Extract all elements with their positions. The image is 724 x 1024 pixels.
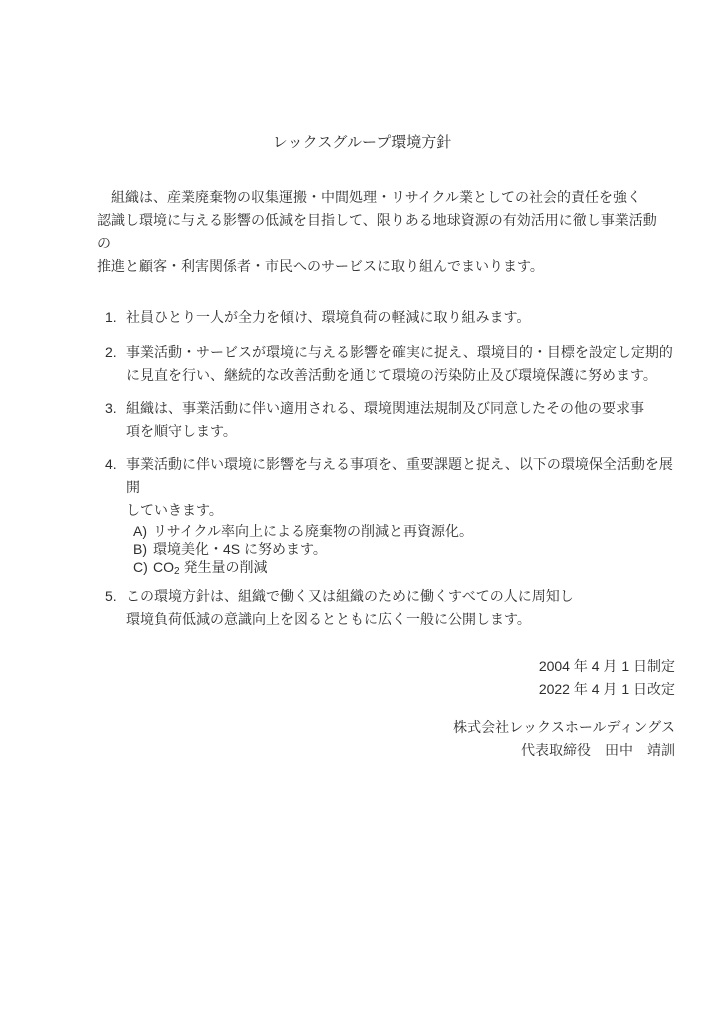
item-body: 社員ひとり一人が全力を傾け、環境負荷の軽減に取り組みます。 (126, 306, 674, 329)
item-number: 4. (105, 453, 126, 576)
policy-item-5: 5. この環境方針は、組織で働く又は組織のために働くすべての人に周知し 環境負荷… (105, 585, 674, 631)
co2-subscript: 2 (174, 566, 180, 577)
company-name: 株式会社レックスホールディングス (0, 716, 675, 739)
item-number: 5. (105, 585, 126, 631)
intro-line: 組織は、産業廃棄物の収集運搬・中間処理・リサイクル業としての社会的責任を強く (97, 186, 666, 209)
sub-item-text: CO2 発生量の削減 (153, 558, 267, 576)
intro-paragraph: 組織は、産業廃棄物の収集運搬・中間処理・リサイクル業としての社会的責任を強く 認… (97, 186, 666, 278)
enactment-date: 2004 年 4 月 1 日制定 (0, 655, 675, 678)
sub-item-letter: B) (133, 540, 153, 558)
sub-item-b: B) 環境美化・4S に努めます。 (133, 540, 674, 558)
sub-item-letter: A) (133, 522, 153, 540)
item-text-line: 社員ひとり一人が全力を傾け、環境負荷の軽減に取り組みます。 (126, 306, 674, 329)
policy-item-2: 2. 事業活動・サービスが環境に与える影響を確実に捉え、環境目的・目標を設定し定… (105, 341, 674, 387)
item-body: 事業活動・サービスが環境に与える影響を確実に捉え、環境目的・目標を設定し定期的 … (126, 341, 674, 387)
date-block: 2004 年 4 月 1 日制定 2022 年 4 月 1 日改定 (0, 655, 724, 701)
intro-line: 推進と顧客・利害関係者・市民へのサービスに取り組んでまいります。 (97, 255, 666, 278)
item-body: 組織は、事業活動に伴い適用される、環境関連法規制及び同意したその他の要求事 項を… (126, 397, 674, 443)
co2-prefix: CO (153, 559, 174, 575)
revision-date: 2022 年 4 月 1 日改定 (0, 678, 675, 701)
intro-line: 認識し環境に与える影響の低減を目指して、限りある地球資源の有効活用に徹し事業活動… (97, 209, 666, 255)
policy-item-1: 1. 社員ひとり一人が全力を傾け、環境負荷の軽減に取り組みます。 (105, 306, 674, 329)
sub-item-a: A) リサイクル率向上による廃棄物の削減と再資源化。 (133, 522, 674, 540)
item-text-line: 事業活動に伴い環境に影響を与える事項を、重要課題と捉え、以下の環境保全活動を展開 (126, 453, 674, 499)
item-number: 1. (105, 306, 126, 329)
item-text-line: 事業活動・サービスが環境に与える影響を確実に捉え、環境目的・目標を設定し定期的 (126, 341, 674, 364)
item-number: 3. (105, 397, 126, 443)
sub-item-c: C) CO2 発生量の削減 (133, 558, 674, 576)
policy-item-3: 3. 組織は、事業活動に伴い適用される、環境関連法規制及び同意したその他の要求事… (105, 397, 674, 443)
item-text-line: 項を順守します。 (126, 420, 674, 443)
signature-block: 株式会社レックスホールディングス 代表取締役 田中 靖訓 (0, 716, 724, 762)
item-body: 事業活動に伴い環境に影響を与える事項を、重要課題と捉え、以下の環境保全活動を展開… (126, 453, 674, 576)
document-page: レックスグループ環境方針 組織は、産業廃棄物の収集運搬・中間処理・リサイクル業と… (0, 0, 724, 1024)
sub-item-list: A) リサイクル率向上による廃棄物の削減と再資源化。 B) 環境美化・4S に努… (133, 522, 674, 576)
sub-item-text: リサイクル率向上による廃棄物の削減と再資源化。 (153, 522, 473, 540)
item-text-line: 環境負荷低減の意識向上を図るとともに広く一般に公開します。 (126, 608, 674, 631)
policy-list: 1. 社員ひとり一人が全力を傾け、環境負荷の軽減に取り組みます。 2. 事業活動… (105, 306, 674, 631)
item-number: 2. (105, 341, 126, 387)
item-text-line: この環境方針は、組織で働く又は組織のために働くすべての人に周知し (126, 585, 674, 608)
policy-item-4: 4. 事業活動に伴い環境に影響を与える事項を、重要課題と捉え、以下の環境保全活動… (105, 453, 674, 576)
signatory-name: 代表取締役 田中 靖訓 (0, 739, 675, 762)
item-text-line: 組織は、事業活動に伴い適用される、環境関連法規制及び同意したその他の要求事 (126, 397, 674, 420)
document-title: レックスグループ環境方針 (0, 131, 724, 154)
sub-item-letter: C) (133, 558, 153, 576)
item-body: この環境方針は、組織で働く又は組織のために働くすべての人に周知し 環境負荷低減の… (126, 585, 674, 631)
item-text-line: に見直を行い、継続的な改善活動を通じて環境の汚染防止及び環境保護に努めます。 (126, 364, 674, 387)
item-text-line: していきます。 (126, 499, 674, 522)
co2-suffix: 発生量の削減 (180, 559, 268, 575)
sub-item-text: 環境美化・4S に努めます。 (153, 540, 327, 558)
